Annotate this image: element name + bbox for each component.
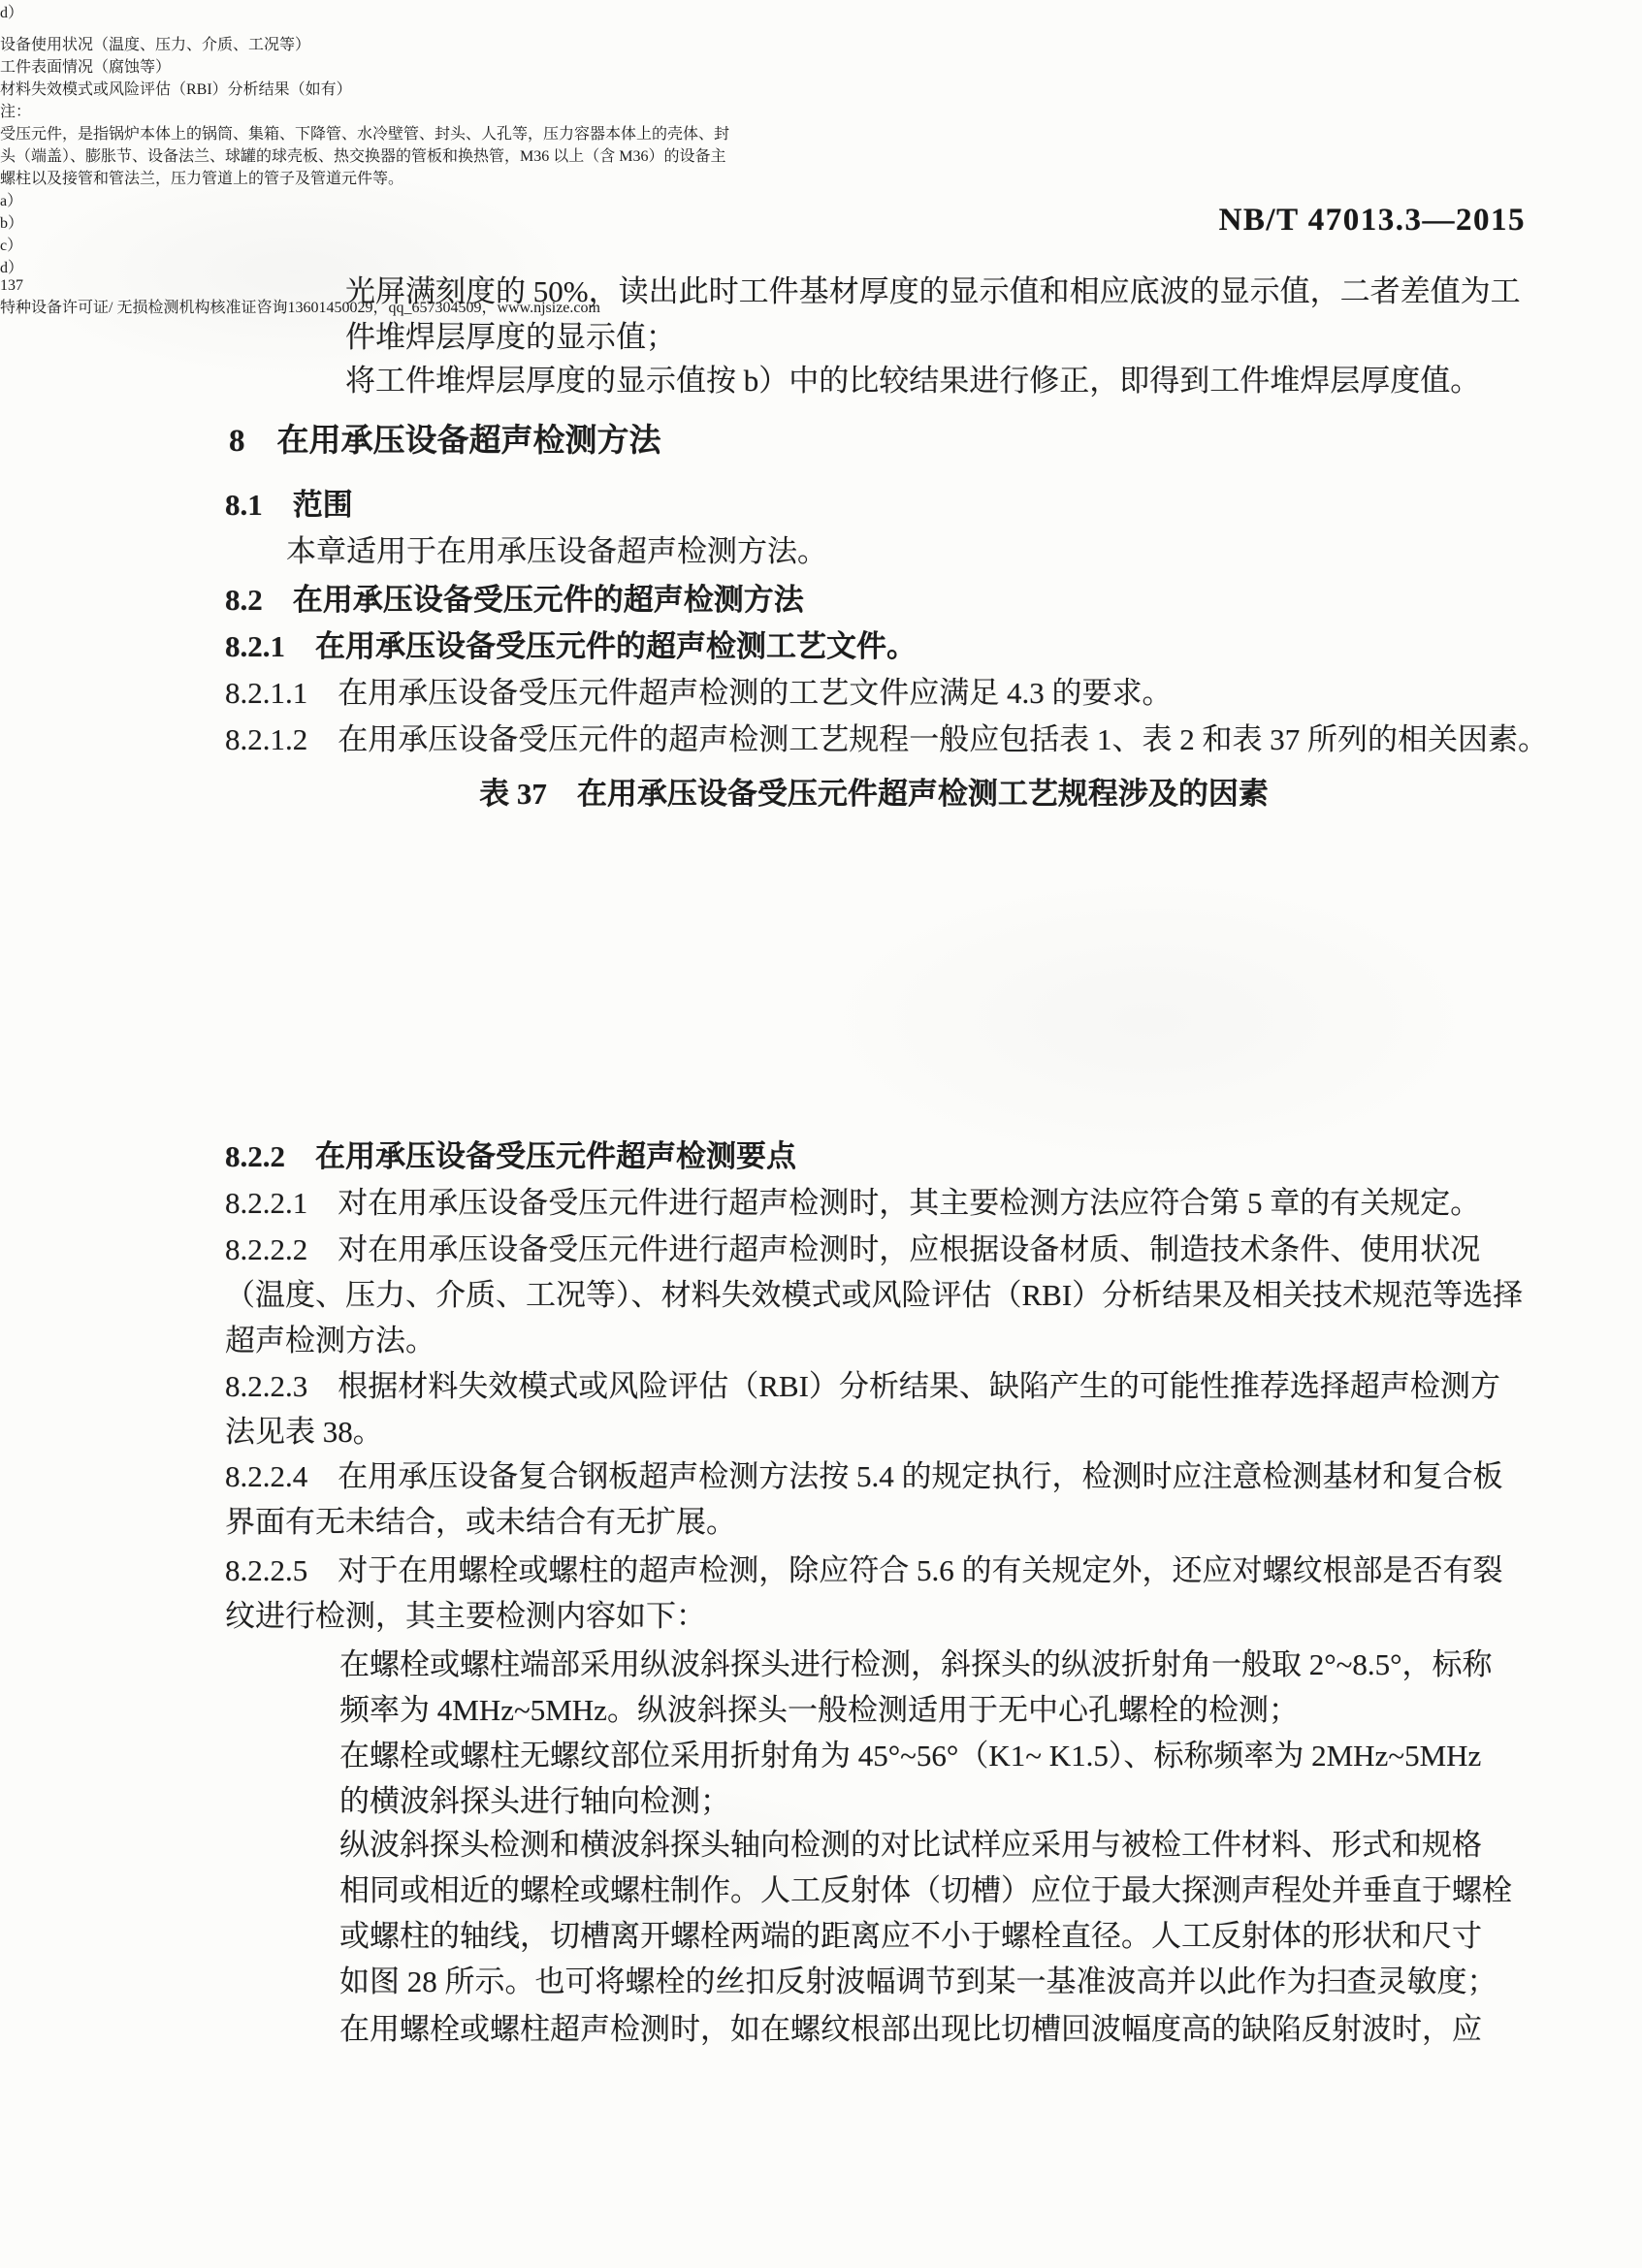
list-item-line: 如图 28 所示。也可将螺栓的丝扣反射波幅调节到某一基准波高并以此作为扫查灵敏度… <box>339 1959 1512 2004</box>
table-row-factor-3: 材料失效模式或风险评估（RBI）分析结果（如有） <box>0 77 1642 99</box>
paragraph-line: 8.2.2.4 在用承压设备复合钢板超声检测方法按 5.4 的规定执行，检测时应… <box>225 1453 1503 1499</box>
list-item-d-marker: d） <box>0 0 1642 22</box>
clause-8-2-1-2-paragraph: 8.2.1.2 在用承压设备受压元件的超声检测工艺规程一般应包括表 1、表 2 … <box>225 717 1548 762</box>
paragraph-line: （温度、压力、介质、工况等）、材料失效模式或风险评估（RBI）分析结果及相关技术… <box>225 1272 1523 1318</box>
standard-code-header: NB/T 47013.3—2015 <box>1219 203 1526 239</box>
list-item-line: 在用螺栓或螺柱超声检测时，如在螺纹根部出现比切槽回波幅度高的缺陷反射波时，应 <box>339 2006 1482 2052</box>
list-item-line: 纵波斜探头检测和横波斜探头轴向检测的对比试样应采用与被检工件材料、形式和规格 <box>339 1822 1512 1868</box>
paragraph-line: 8.2.2.3 根据材料失效模式或风险评估（RBI）分析结果、缺陷产生的可能性推… <box>225 1363 1500 1409</box>
clause-8-2-2-2-paragraph: 8.2.2.2 对在用承压设备受压元件进行超声检测时，应根据设备材质、制造技术条… <box>225 1227 1523 1363</box>
list-item-a-text: 在螺栓或螺柱端部采用纵波斜探头进行检测，斜探头的纵波折射角一般取 2°~8.5°… <box>339 1642 1493 1733</box>
clause-8-2-2-4-paragraph: 8.2.2.4 在用承压设备复合钢板超声检测方法按 5.4 的规定执行，检测时应… <box>225 1453 1503 1545</box>
paragraph-line: 8.2.2.5 对于在用螺栓或螺柱的超声检测，除应符合 5.6 的有关规定外，还… <box>225 1548 1503 1593</box>
item-c-continuation-paragraph: 光屏满刻度的 50%，读出此时工件基材厚度的显示值和相应底波的显示值，二者差值为… <box>345 269 1521 360</box>
list-item-line: 的横波斜探头进行轴向检测； <box>339 1778 1481 1824</box>
clause-8-2-1-1-paragraph: 8.2.1.1 在用承压设备受压元件超声检测的工艺文件应满足 4.3 的要求。 <box>225 670 1173 716</box>
clause-8-2-2-3-paragraph: 8.2.2.3 根据材料失效模式或风险评估（RBI）分析结果、缺陷产生的可能性推… <box>225 1363 1500 1454</box>
table-note: 受压元件，是指锅炉本体上的锅筒、集箱、下降管、水冷壁管、封头、人孔等，压力容器本… <box>0 121 1642 188</box>
document-page: NB/T 47013.3—2015 光屏满刻度的 50%，读出此时工件基材厚度的… <box>0 0 1642 2268</box>
table-37-title: 表 37 在用承压设备受压元件超声检测工艺规程涉及的因素 <box>225 771 1523 816</box>
list-item-line: 相同或相近的螺栓或螺柱制作。人工反射体（切槽）应位于最大探测声程处并垂直于螺栓 <box>339 1868 1512 1913</box>
table-note-label: 注： <box>0 99 1642 121</box>
paragraph-line: 件堆焊层厚度的显示值； <box>345 314 1521 360</box>
list-item-b-text: 在螺栓或螺柱无螺纹部位采用折射角为 45°~56°（K1~ K1.5）、标称频率… <box>339 1733 1481 1824</box>
list-item-d2-text: 在用螺栓或螺柱超声检测时，如在螺纹根部出现比切槽回波幅度高的缺陷反射波时，应 <box>339 2006 1482 2052</box>
list-item-line: 在螺栓或螺柱端部采用纵波斜探头进行检测，斜探头的纵波折射角一般取 2°~8.5°… <box>339 1642 1493 1687</box>
clause-8-2-heading: 8.2 在用承压设备受压元件的超声检测方法 <box>225 577 804 623</box>
clause-8-2-2-1-paragraph: 8.2.2.1 对在用承压设备受压元件进行超声检测时，其主要检测方法应符合第 5… <box>225 1180 1480 1226</box>
list-item-line: 频率为 4MHz~5MHz。纵波斜探头一般检测适用于无中心孔螺栓的检测； <box>339 1687 1493 1733</box>
paragraph-line: 8.2.2.2 对在用承压设备受压元件进行超声检测时，应根据设备材质、制造技术条… <box>225 1227 1523 1272</box>
clause-8-1-heading: 8.1 范围 <box>225 482 353 527</box>
paragraph-line: 界面有无未结合，或未结合有无扩展。 <box>225 1499 1503 1545</box>
clause-8-2-1-heading: 8.2.1 在用承压设备受压元件的超声检测工艺文件。 <box>225 623 917 669</box>
list-item-c-text: 纵波斜探头检测和横波斜探头轴向检测的对比试样应采用与被检工件材料、形式和规格 相… <box>339 1822 1512 2004</box>
paragraph-line: 超声检测方法。 <box>225 1318 1523 1363</box>
clause-8-1-scope-text: 本章适用于在用承压设备超声检测方法。 <box>286 528 827 574</box>
list-item-d-text: 将工件堆焊层厚度的显示值按 b）中的比较结果进行修正，即得到工件堆焊层厚度值。 <box>345 358 1480 403</box>
paragraph-line: 纹进行检测，其主要检测内容如下： <box>225 1593 1503 1639</box>
table-row-factor-2: 工件表面情况（腐蚀等） <box>0 54 1642 77</box>
clause-8-2-2-5-paragraph: 8.2.2.5 对于在用螺栓或螺柱的超声检测，除应符合 5.6 的有关规定外，还… <box>225 1548 1503 1639</box>
list-item-line: 或螺柱的轴线，切槽离开螺栓两端的距离应不小于螺栓直径。人工反射体的形状和尺寸 <box>339 1913 1512 1959</box>
paragraph-line: 光屏满刻度的 50%，读出此时工件基材厚度的显示值和相应底波的显示值，二者差值为… <box>345 269 1521 314</box>
paragraph-line: 法见表 38。 <box>225 1409 1500 1454</box>
table-note-line: 螺柱以及接管和管法兰，压力管道上的管子及管道元件等。 <box>0 166 1642 188</box>
table-row-factor-1: 设备使用状况（温度、压力、介质、工况等） <box>0 32 1642 54</box>
table-note-line: 头（端盖）、膨胀节、设备法兰、球罐的球壳板、热交换器的管板和换热管，M36 以上… <box>0 144 1642 166</box>
list-item-line: 在螺栓或螺柱无螺纹部位采用折射角为 45°~56°（K1~ K1.5）、标称频率… <box>339 1733 1481 1778</box>
clause-8-2-2-heading: 8.2.2 在用承压设备受压元件超声检测要点 <box>225 1134 796 1179</box>
table-note-line: 受压元件，是指锅炉本体上的锅筒、集箱、下降管、水冷壁管、封头、人孔等，压力容器本… <box>0 121 1642 144</box>
section-8-heading: 8 在用承压设备超声检测方法 <box>229 419 661 464</box>
